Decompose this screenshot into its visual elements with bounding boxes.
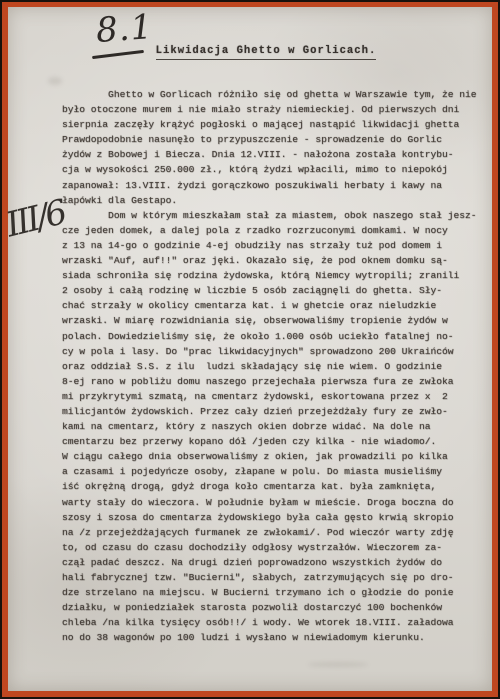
text-line: Dom w którym mieszkałam stał za miastem,…	[62, 208, 482, 223]
text-line: zapanował: 13.VIII. żydzi gorączkowo pos…	[62, 178, 482, 193]
text-line: cy w pola i lasy. Do "prac likwidacyjnyc…	[62, 344, 482, 359]
document-body: Ghetto w Gorlicach różniło się od ghetta…	[62, 87, 482, 645]
text-line: żydów z Bobowej i Biecza. Dnia 12.VIII. …	[62, 147, 482, 162]
document-page: 8.1 III/6 Likwidacja Ghetto w Gorlicach.…	[8, 7, 492, 691]
text-line: chleba /na kilka tysięcy osób!!/ i wody.…	[62, 615, 482, 630]
text-line: cze jeden domek, a dalej pola z rzadko r…	[62, 223, 482, 238]
text-line: cmentarzu bez przerwy kopano dół /jeden …	[62, 434, 482, 449]
text-line: kami na cmentarz, który z naszych okien …	[62, 419, 482, 434]
paper-smudge	[308, 662, 368, 667]
text-line: 2 osoby i całą rodzinę w liczbie 5 osób …	[62, 283, 482, 298]
text-line: dze strzelano na miejscu. W Bucierni trz…	[62, 585, 482, 600]
text-line: wrzaski "Auf, auf!!" oraz jęki. Okazało …	[62, 253, 482, 268]
text-line: Ghetto w Gorlicach różniło się od ghetta…	[62, 87, 482, 102]
document-title: Likwidacja Ghetto w Gorlicach.	[62, 45, 470, 57]
text-line: działku, w poniedziałek starosta pozwoli…	[62, 600, 482, 615]
document-title-text: Likwidacja Ghetto w Gorlicach.	[156, 45, 377, 60]
text-line: mi przykrytymi szmatą, na cmentarz żydow…	[62, 389, 482, 404]
text-line: siada schroniła się rodzina żydowska, kt…	[62, 268, 482, 283]
handwritten-margin-note: III/6	[2, 193, 68, 246]
text-line: polach. Dowiedzieliśmy się, że około 1.0…	[62, 329, 482, 344]
text-line: warty stały do wieczora. W południe była…	[62, 495, 482, 510]
text-line: sierpnia zaczęły krążyć pogłoski o mając…	[62, 117, 482, 132]
text-line: z 13 na 14-go o godzinie 4-ej obudziły n…	[62, 238, 482, 253]
paper-smudge	[48, 77, 62, 85]
text-line: łapówki dla Gestapo.	[62, 193, 482, 208]
text-line: chać strzały w okolicy cmentarza kat. i …	[62, 298, 482, 313]
text-line: iść okrężną drogą, gdyż droga koło cment…	[62, 479, 482, 494]
text-line: 8-ej rano w pobliżu domu naszego przejec…	[62, 374, 482, 389]
text-line: to, od czasu do czasu dochodziły odgłosy…	[62, 540, 482, 555]
text-line: wrzaski. W miarę rozwidniania się, obser…	[62, 313, 482, 328]
text-line: Prawdopodobnie nasunęło to przypuszczeni…	[62, 132, 482, 147]
text-line: no do 38 wagonów po 100 ludzi i wysłano …	[62, 630, 482, 645]
text-line: oraz oddział S.S. z ilu ludzi składający…	[62, 359, 482, 374]
scan-frame: 8.1 III/6 Likwidacja Ghetto w Gorlicach.…	[0, 0, 500, 699]
text-line: a czasami i pojedyńcze osoby, złapane w …	[62, 464, 482, 479]
text-line: milicjantów żydowskich. Przez cały dzień…	[62, 404, 482, 419]
text-line: czął padać deszcz. Na drugi dzień poprow…	[62, 555, 482, 570]
text-line: cja w wysokości 250.000 zł., którą żydzi…	[62, 162, 482, 177]
text-line: W ciągu całego dnia obserwowaliśmy z oki…	[62, 449, 482, 464]
text-line: hali fabrycznej tzw. "Bucierni", słabych…	[62, 570, 482, 585]
paragraph-2: Dom w którym mieszkałam stał za miastem,…	[62, 208, 482, 646]
text-line: na /z przejeżdżających furmanek ze zwłok…	[62, 525, 482, 540]
text-line: szosy i szosa do cmentarza żydowskiego b…	[62, 510, 482, 525]
text-line: było otoczone murem i nie miało straży n…	[62, 102, 482, 117]
paragraph-1: Ghetto w Gorlicach różniło się od ghetta…	[62, 87, 482, 208]
